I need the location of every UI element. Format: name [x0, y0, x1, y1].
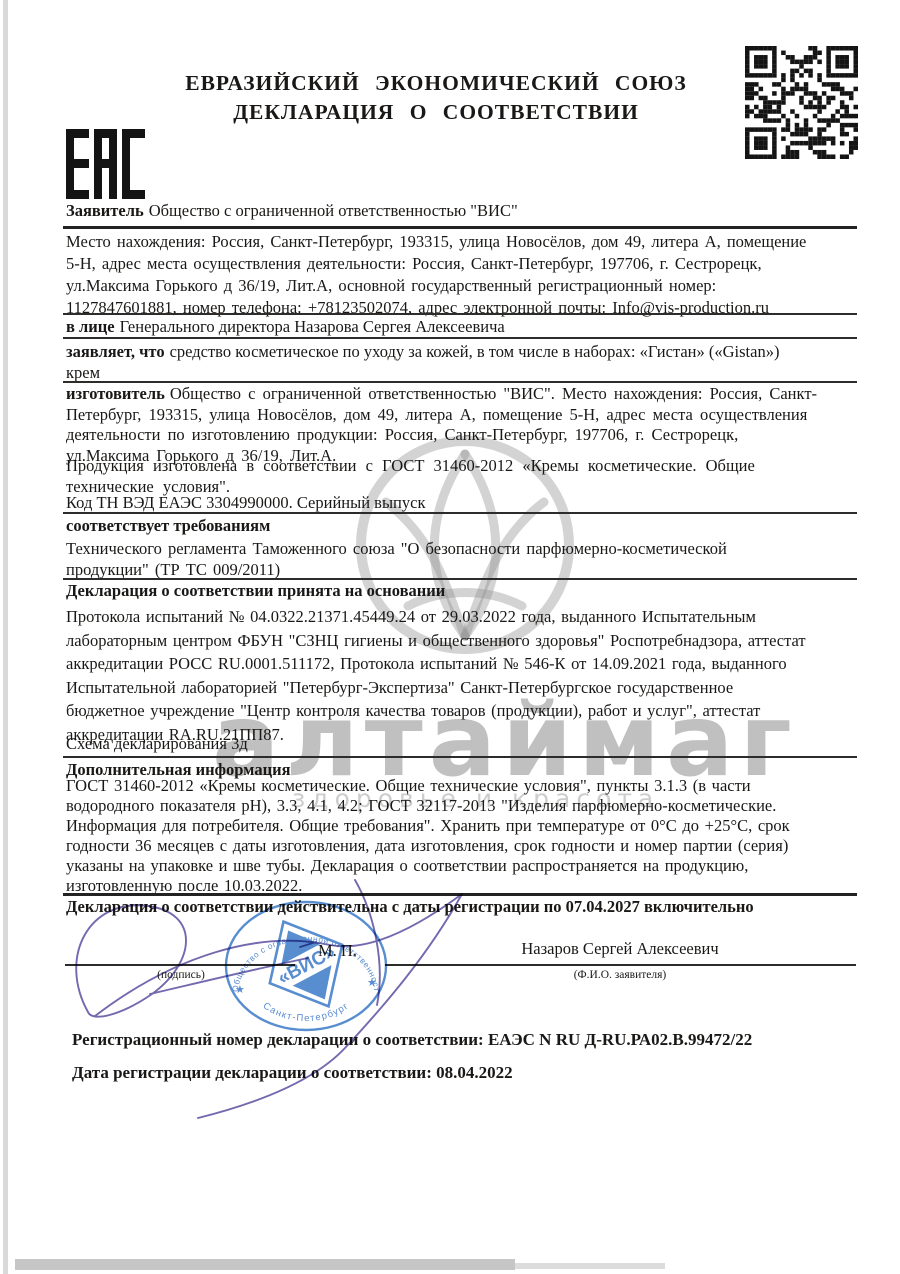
manufacturer-label: изготовитель: [66, 384, 165, 403]
applicant-value: Общество с ограниченной ответственностью…: [149, 201, 518, 220]
complies-paragraph: Технического регламента Таможенного союз…: [66, 538, 858, 580]
basis-heading: Декларация о соответствии принята на осн…: [66, 580, 858, 601]
declares-paragraph: заявляет, чтосредство косметическое по у…: [66, 341, 858, 383]
manufacturer-value: Общество с ограниченной ответственностью…: [66, 384, 817, 465]
divider: [63, 381, 857, 383]
scan-edge-bottom-2: [515, 1263, 665, 1269]
product-paragraph: Продукция изготовлена в соответствии с Г…: [66, 455, 858, 497]
applicant-label: Заявитель: [66, 201, 144, 220]
scan-edge-bottom: [15, 1259, 515, 1270]
declares-value: средство косметическое по уходу за кожей…: [66, 342, 779, 382]
document-title-line1: ЕВРАЗИЙСКИЙ ЭКОНОМИЧЕСКИЙ СОЮЗ: [0, 71, 872, 96]
document-title-line2: ДЕКЛАРАЦИЯ О СООТВЕТСТВИИ: [0, 100, 872, 125]
divider: [63, 337, 857, 339]
handwritten-signature: [55, 835, 575, 1135]
declares-label: заявляет, что: [66, 342, 165, 361]
manufacturer-paragraph: изготовительОбщество с ограниченной отве…: [66, 384, 858, 466]
in-person-row: в лицеГенерального директора Назарова Се…: [66, 316, 858, 337]
tnved-row: Код ТН ВЭД ЕАЭС 3304990000. Серийный вып…: [66, 492, 858, 513]
in-person-value: Генерального директора Назарова Сергея А…: [120, 317, 505, 336]
declaration-document: алтаймаг здоровье и красота ЕАС ЕВРАЗИЙС…: [0, 0, 900, 1274]
divider: [63, 512, 857, 514]
divider: [63, 756, 857, 758]
divider: [63, 226, 857, 229]
in-person-label: в лице: [66, 317, 115, 336]
scheme-row: Схема декларирования 3д: [66, 733, 858, 754]
complies-heading: соответствует требованиям: [66, 515, 858, 536]
eac-mark-icon: ЕАС: [64, 129, 146, 199]
applicant-row: ЗаявительОбщество с ограниченной ответст…: [66, 200, 858, 221]
address-paragraph: Место нахождения: Россия, Санкт-Петербур…: [66, 231, 858, 319]
basis-paragraph: Протокола испытаний № 04.0322.21371.4544…: [66, 605, 858, 747]
scan-edge-left: [3, 0, 8, 1274]
divider: [63, 313, 857, 315]
